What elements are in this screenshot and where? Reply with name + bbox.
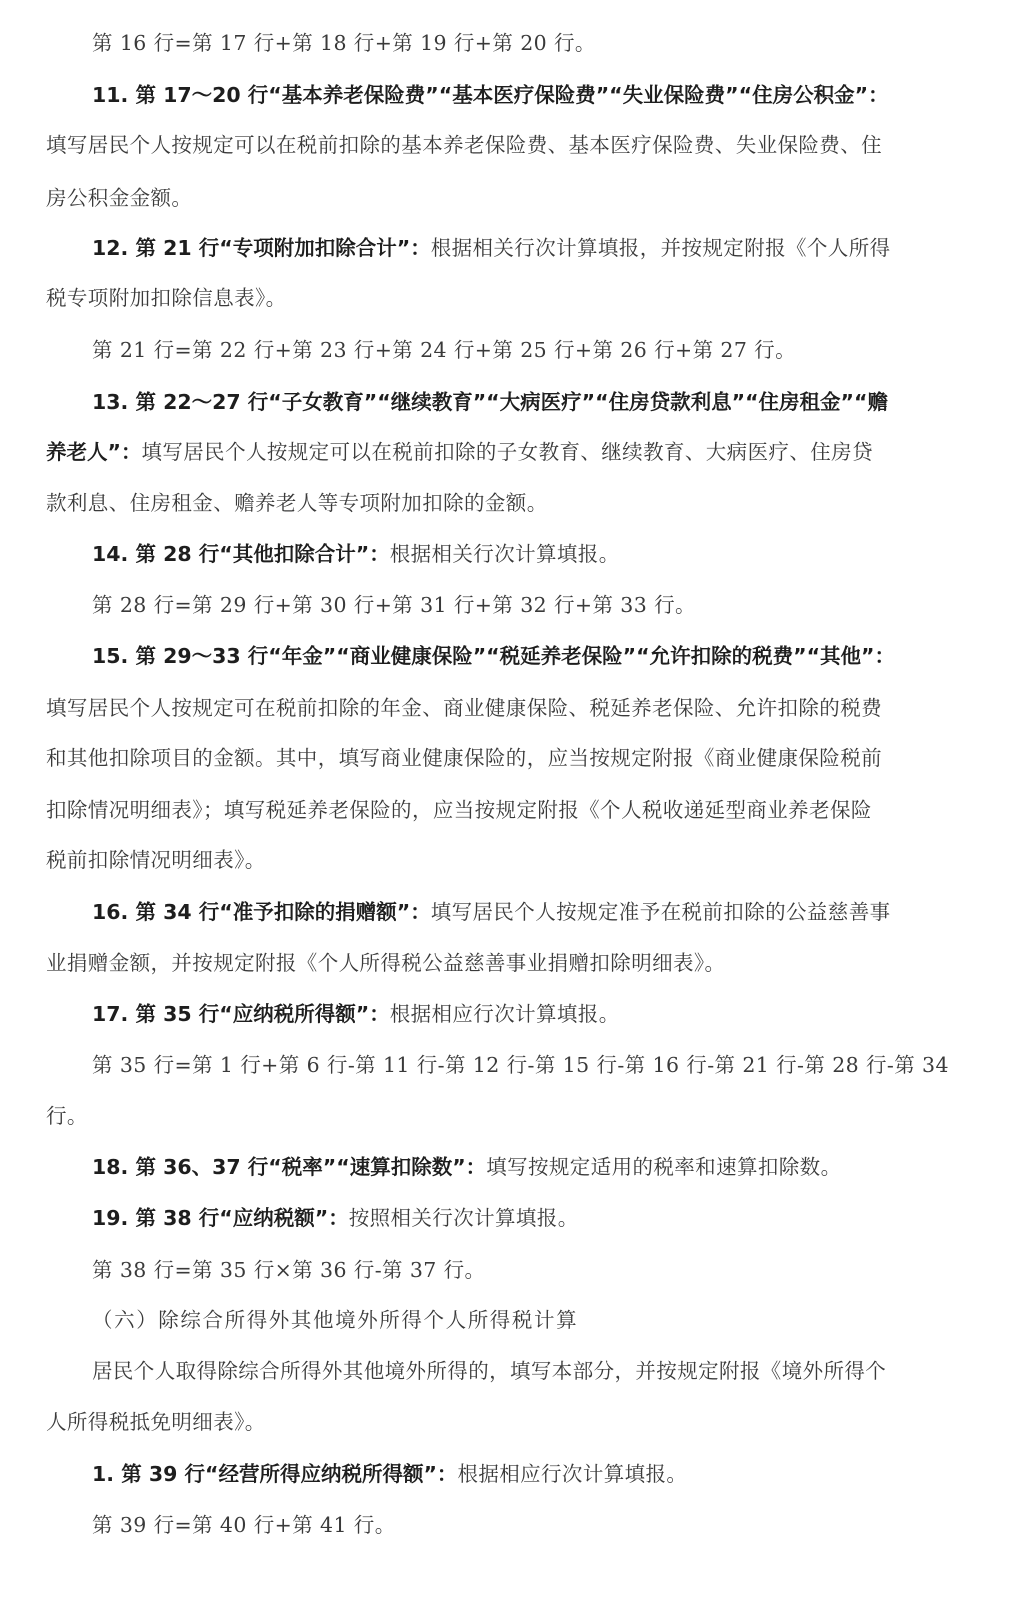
item-heading-line: 16. 第 34 行“准予扣除的捐赠额”：填写居民个人按规定准予在税前扣除的公益… [92,898,1022,926]
document-page: 第 16 行=第 17 行+第 18 行+第 19 行+第 20 行。11. 第… [0,0,1022,1602]
item-label: 1. 第 39 行“经营所得应纳税所得额”： [92,1462,457,1486]
item-label: 19. 第 38 行“应纳税额”： [92,1206,349,1230]
paragraph-line: 扣除情况明细表》；填写税延养老保险的，应当按规定附报《个人税收递延型商业养老保险 [46,796,996,824]
line-text: （六）除综合所得外其他境外所得个人所得税计算 [92,1308,578,1332]
line-text: 填写按规定适用的税率和速算扣除数。 [486,1155,841,1179]
line-text: 第 39 行=第 40 行+第 41 行。 [92,1513,396,1537]
paragraph-line: 业捐赠金额，并按规定附报《个人所得税公益慈善事业捐赠扣除明细表》。 [46,949,996,977]
item-heading-line: 12. 第 21 行“专项附加扣除合计”：根据相关行次计算填报，并按规定附报《个… [92,234,1022,262]
item-label: 17. 第 35 行“应纳税所得额”： [92,1002,390,1026]
paragraph-line: 第 28 行=第 29 行+第 30 行+第 31 行+第 32 行+第 33 … [92,591,1022,619]
line-text: 扣除情况明细表》；填写税延养老保险的，应当按规定附报《个人税收递延型商业养老保险 [46,798,872,822]
paragraph-line: 税前扣除情况明细表》。 [46,846,996,874]
line-text: 按照相关行次计算填报。 [349,1206,579,1230]
item-label: 11. 第 17～20 行“基本养老保险费”“基本医疗保险费”“失业保险费”“住… [92,83,889,107]
line-text: 业捐赠金额，并按规定附报《个人所得税公益慈善事业捐赠扣除明细表》。 [46,951,725,975]
item-label: 15. 第 29～33 行“年金”“商业健康保险”“税延养老保险”“允许扣除的税… [92,644,895,668]
paragraph-line: 第 35 行=第 1 行+第 6 行-第 11 行-第 12 行-第 15 行-… [92,1051,1022,1079]
line-text: 人所得税抵免明细表》。 [46,1410,266,1434]
line-text: 填写居民个人按规定准予在税前扣除的公益慈善事 [431,900,891,924]
paragraph-line: 行。 [46,1102,996,1130]
item-label: 16. 第 34 行“准予扣除的捐赠额”： [92,900,431,924]
item-heading-line: 11. 第 17～20 行“基本养老保险费”“基本医疗保险费”“失业保险费”“住… [92,81,1022,109]
item-heading-line: 15. 第 29～33 行“年金”“商业健康保险”“税延养老保险”“允许扣除的税… [92,642,1022,670]
paragraph-line: 填写居民个人按规定可在税前扣除的年金、商业健康保险、税延养老保险、允许扣除的税费 [46,694,996,722]
line-text: 税前扣除情况明细表》。 [46,848,266,872]
item-label: 18. 第 36、37 行“税率”“速算扣除数”： [92,1155,486,1179]
paragraph-line: 款利息、住房租金、赡养老人等专项附加扣除的金额。 [46,489,996,517]
line-text: 根据相关行次计算填报。 [390,542,620,566]
item-heading-line: 14. 第 28 行“其他扣除合计”：根据相关行次计算填报。 [92,540,1022,568]
paragraph-line: 和其他扣除项目的金额。其中，填写商业健康保险的，应当按规定附报《商业健康保险税前 [46,744,996,772]
item-label: 14. 第 28 行“其他扣除合计”： [92,542,390,566]
paragraph-line: 税专项附加扣除信息表》。 [46,284,996,312]
line-text: 第 16 行=第 17 行+第 18 行+第 19 行+第 20 行。 [92,31,596,55]
paragraph-line: 人所得税抵免明细表》。 [46,1408,996,1436]
item-heading-line: 17. 第 35 行“应纳税所得额”：根据相应行次计算填报。 [92,1000,1022,1028]
line-text: 第 21 行=第 22 行+第 23 行+第 24 行+第 25 行+第 26 … [92,338,796,362]
item-label: 13. 第 22～27 行“子女教育”“继续教育”“大病医疗”“住房贷款利息”“… [92,390,888,414]
line-text: 根据相应行次计算填报。 [390,1002,620,1026]
item-heading-line: 13. 第 22～27 行“子女教育”“继续教育”“大病医疗”“住房贷款利息”“… [92,388,1022,416]
section-heading: （六）除综合所得外其他境外所得个人所得税计算 [92,1306,1022,1334]
line-text: 根据相关行次计算填报，并按规定附报《个人所得 [431,236,891,260]
paragraph-line: 第 16 行=第 17 行+第 18 行+第 19 行+第 20 行。 [92,29,1022,57]
line-text: 填写居民个人按规定可以在税前扣除的基本养老保险费、基本医疗保险费、失业保险费、住 [46,133,882,157]
line-text: 根据相应行次计算填报。 [457,1462,687,1486]
paragraph-line: 第 21 行=第 22 行+第 23 行+第 24 行+第 25 行+第 26 … [92,336,1022,364]
line-text: 和其他扣除项目的金额。其中，填写商业健康保险的，应当按规定附报《商业健康保险税前 [46,746,882,770]
line-text: 填写居民个人按规定可以在税前扣除的子女教育、继续教育、大病医疗、住房贷 [141,440,873,464]
line-text: 填写居民个人按规定可在税前扣除的年金、商业健康保险、税延养老保险、允许扣除的税费 [46,696,882,720]
line-text: 第 28 行=第 29 行+第 30 行+第 31 行+第 32 行+第 33 … [92,593,696,617]
paragraph-line: 第 38 行=第 35 行×第 36 行-第 37 行。 [92,1256,1022,1284]
line-text: 行。 [46,1104,88,1128]
line-text: 居民个人取得除综合所得外其他境外所得的，填写本部分，并按规定附报《境外所得个 [92,1359,886,1383]
item-heading-line: 19. 第 38 行“应纳税额”：按照相关行次计算填报。 [92,1204,1022,1232]
item-heading-line: 养老人”：填写居民个人按规定可以在税前扣除的子女教育、继续教育、大病医疗、住房贷 [46,438,996,466]
item-heading-line: 1. 第 39 行“经营所得应纳税所得额”：根据相应行次计算填报。 [92,1460,1022,1488]
line-text: 第 38 行=第 35 行×第 36 行-第 37 行。 [92,1258,485,1282]
item-heading-line: 18. 第 36、37 行“税率”“速算扣除数”：填写按规定适用的税率和速算扣除… [92,1153,1022,1181]
paragraph-line: 填写居民个人按规定可以在税前扣除的基本养老保险费、基本医疗保险费、失业保险费、住 [46,131,996,159]
line-text: 第 35 行=第 1 行+第 6 行-第 11 行-第 12 行-第 15 行-… [92,1053,949,1077]
line-text: 税专项附加扣除信息表》。 [46,286,287,310]
item-label: 养老人”： [46,440,141,464]
paragraph-line: 第 39 行=第 40 行+第 41 行。 [92,1511,1022,1539]
paragraph-line: 居民个人取得除综合所得外其他境外所得的，填写本部分，并按规定附报《境外所得个 [92,1357,1022,1385]
item-label: 12. 第 21 行“专项附加扣除合计”： [92,236,431,260]
line-text: 房公积金金额。 [46,186,192,210]
paragraph-line: 房公积金金额。 [46,184,996,212]
line-text: 款利息、住房租金、赡养老人等专项附加扣除的金额。 [46,491,548,515]
